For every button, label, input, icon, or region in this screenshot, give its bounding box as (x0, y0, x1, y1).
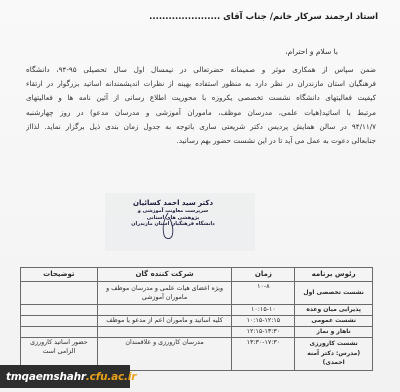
greeting: با سلام و احترام، (285, 47, 338, 56)
body-line: مرتبط با اساتید(هیات علمی، مدرسان موظف، … (26, 106, 376, 120)
signatory-name: دکتر سید احمد کسائیان (128, 199, 218, 208)
table-header-row: رئوس برنامه زمان شرکت کننده گان توضیحات (21, 268, 373, 282)
program-title: نشست کارورزی (298, 339, 369, 349)
cell-participants (97, 327, 232, 338)
table-row: نشست تخصصی اول ۱۰-۸ ویژه اعضای هیات علمی… (21, 282, 373, 305)
cell-program: ناهار و نماز (295, 327, 373, 338)
addressee-line: استاد ارجمند سرکار خانم/ جناب آقای .....… (149, 12, 378, 22)
header-notes: توضیحات (21, 268, 98, 282)
signature-stamp: دکتر سید احمد کسائیان سرپرست معاونت آموز… (128, 199, 218, 228)
cell-notes (21, 305, 98, 316)
watermark-domain-prefix: tmqaemshahr (6, 371, 86, 383)
cell-time: ۱۰:۱۵-۱۰ (232, 305, 295, 316)
header-time: زمان (232, 268, 295, 282)
letter-page: استاد ارجمند سرکار خانم/ جناب آقای .....… (0, 0, 400, 392)
cell-program: پذیرایی میان وعده (295, 305, 373, 316)
cell-notes (21, 327, 98, 338)
cell-participants: ویژه اعضای هیات علمی و مدرسان موظف و مام… (97, 282, 232, 305)
table-row: نشست عمومی ۱۰:۱۵-۱۲:۱۵ کلیه اساتید و مام… (21, 316, 373, 327)
cell-participants (97, 305, 232, 316)
schedule-table: رئوس برنامه زمان شرکت کننده گان توضیحات … (20, 267, 373, 371)
body-line: کیفیت فعالیتهای دانشگاه نشست تخصصی یکروز… (26, 91, 376, 105)
body-line: ۹۴/۱۱/۷ در سالن همایش پردیس دکتر شریعتی … (26, 120, 376, 134)
body-line: فرهنگیان استان مازندران در نظر دارد به م… (26, 77, 376, 91)
table-row: پذیرایی میان وعده ۱۰:۱۵-۱۰ (21, 305, 373, 316)
letter-body: ضمن سپاس از همکاری موثر و صمیمانه حضرتعا… (26, 63, 376, 148)
body-line: ضمن سپاس از همکاری موثر و صمیمانه حضرتعا… (26, 63, 376, 77)
cell-time: ۱۰-۸ (232, 282, 295, 305)
cell-participants: کلیه اساتید و ماموران اعم از مدعو یا موظ… (97, 316, 232, 327)
cell-time: ۱۰:۱۵-۱۲:۱۵ (232, 316, 295, 327)
cell-program: نشست عمومی (295, 316, 373, 327)
cell-time: ۱۳:۳۰-۱۷:۳۰ (232, 337, 295, 370)
table-row: ناهار و نماز ۱۲:۱۵-۱۳:۳۰ (21, 327, 373, 338)
cell-program: نشست کارورزی (مدرس: دکتر آمنه احمدی) (295, 337, 373, 370)
cell-notes (21, 316, 98, 327)
cell-time: ۱۲:۱۵-۱۳:۳۰ (232, 327, 295, 338)
site-watermark: tmqaemshahr.cfu.ac.ir (0, 365, 130, 388)
handwritten-signature-icon (158, 211, 180, 241)
header-program: رئوس برنامه (295, 268, 373, 282)
body-line: جنابعالی دعوت به عمل می آید تا در این نش… (26, 134, 376, 148)
cell-program: نشست تخصصی اول (295, 282, 373, 305)
header-participants: شرکت کننده گان (97, 268, 232, 282)
watermark-domain-suffix: .cfu.ac.ir (86, 371, 136, 383)
cell-notes (21, 282, 98, 305)
program-instructor: (مدرس: دکتر آمنه احمدی) (298, 349, 369, 368)
